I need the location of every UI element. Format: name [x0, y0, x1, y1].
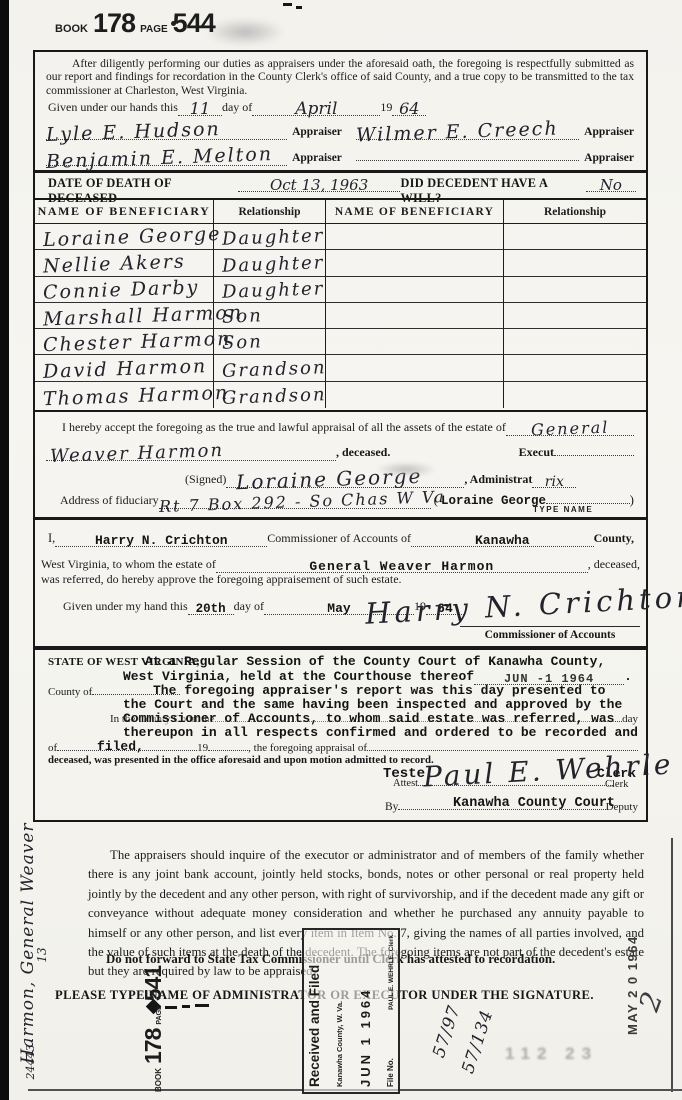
- appraisal-label: , the foregoing appraisal of: [248, 742, 367, 754]
- address-hw: Rt 7 Box 292 - So Chas W Va: [158, 489, 445, 515]
- header-name-right: NAME OF BENEFICIARY: [325, 200, 503, 224]
- deceased-record-line: deceased, was presented in the office af…: [48, 754, 434, 766]
- beneficiary-relationship: Daughter: [213, 250, 325, 276]
- signed-label: (Signed): [185, 472, 226, 487]
- given-prefix: Given under our hands this: [48, 100, 178, 115]
- referred-line: was referred, do hereby approve the fore…: [41, 572, 402, 587]
- empty-cell: [325, 382, 503, 408]
- beneficiary-name: Chester Harmon: [35, 329, 213, 355]
- scan-film-edge: [0, 0, 9, 1100]
- book-label: BOOK: [55, 23, 88, 35]
- received-date: JUN 1 1964: [358, 935, 373, 1087]
- year-prefix: 19: [380, 100, 392, 115]
- acceptance-line1: I hereby accept the foregoing as the tru…: [46, 420, 506, 435]
- page-number: 544: [173, 8, 215, 39]
- book-number: 178: [93, 8, 135, 39]
- header-rel-right: Relationship: [503, 200, 646, 224]
- empty-cell: [503, 355, 646, 381]
- i-label: I,: [48, 531, 55, 546]
- of-label: of: [48, 742, 57, 754]
- header-name-left: NAME OF BENEFICIARY: [35, 200, 213, 224]
- file-no-label: File No.: [386, 1058, 395, 1087]
- death-date-handwritten: Oct 13, 1963: [270, 176, 368, 194]
- received-clerk-line: PAUL E. WEHRLE, Clerk: [388, 935, 395, 1010]
- court-typed-line6: thereupon in all respects confirmed and …: [123, 725, 638, 740]
- appraiser-label-3: Appraiser: [292, 152, 342, 164]
- court-typed-line1: At a Regular Session of the County Court…: [145, 654, 605, 669]
- month-typed: May: [327, 601, 350, 616]
- page-label: PAGE: [140, 24, 168, 35]
- scanned-document-page: BOOK 178 PAGE 544 After diligently perfo…: [0, 0, 682, 1100]
- book-page-541-stamp: BOOK 178 PAGE 541: [140, 962, 176, 1092]
- court-typed-line2: West Virginia, held at the Courthouse th…: [123, 669, 474, 684]
- scan-smudge-signature: [375, 462, 437, 477]
- appraiser-row-2: Benjamin E. Melton Appraiser Appraiser: [46, 146, 634, 166]
- appraiser-row-1: Lyle E. Hudson Appraiser Wilmer E. Creec…: [46, 120, 634, 140]
- year-handwritten: 64: [399, 99, 419, 118]
- execut-label: Execut: [519, 445, 554, 460]
- page-edge-vertical: [671, 838, 673, 1092]
- appraiser-label-2: Appraiser: [584, 126, 634, 138]
- beneficiary-name: Marshall Harmon: [35, 303, 213, 329]
- given-hand-prefix: Given under my hand this: [63, 599, 188, 614]
- appraiser-signature-3: Benjamin E. Melton: [46, 145, 274, 172]
- administrat-label: , Administrat: [464, 472, 532, 487]
- page-number: 541: [140, 966, 167, 1001]
- empty-cell: [503, 382, 646, 408]
- court-record-box: STATE OF WEST VIRGINIA, At a Regular Ses…: [33, 648, 648, 822]
- scan-smudge-top: [205, 18, 285, 46]
- county-label: County,: [594, 531, 634, 546]
- county-of-label: County of: [48, 686, 92, 698]
- court-name-typed: Kanawha County Court: [453, 796, 615, 811]
- beneficiary-name: David Harmon: [35, 355, 213, 381]
- beneficiary-name: Loraine George: [35, 224, 213, 250]
- estate-line-prefix: West Virginia, to whom the estate of: [41, 557, 216, 572]
- court-typed-line3: The foregoing appraiser's report was thi…: [153, 683, 605, 698]
- court-typed-line5: Commissioner of Accounts, to whom said e…: [123, 711, 614, 726]
- book-label: BOOK: [154, 1068, 163, 1092]
- oath-paragraph: After diligently performing our duties a…: [46, 57, 634, 97]
- estate-name-hw-2: Weaver Harmon: [50, 442, 225, 466]
- day-of-label: day of: [222, 100, 252, 115]
- administrat-suffix-hw: rix: [545, 474, 564, 490]
- appraiser-signature-2: Wilmer E. Creech: [356, 119, 559, 145]
- empty-cell: [503, 329, 646, 355]
- beneficiary-relationship: Son: [213, 303, 325, 329]
- empty-cell: [503, 277, 646, 303]
- beneficiary-relationship: Son: [213, 329, 325, 355]
- appraiser-signature-1: Lyle E. Hudson: [46, 120, 221, 145]
- empty-cell: [325, 355, 503, 381]
- type-name-typed: Loraine George: [441, 494, 546, 508]
- received-line1: Received and Filed: [307, 935, 322, 1087]
- empty-cell: [325, 277, 503, 303]
- day-handwritten: 11: [190, 99, 210, 118]
- beneficiary-relationship: Grandson: [213, 382, 325, 408]
- appraiser-label-1: Appraiser: [292, 126, 342, 138]
- empty-cell: [325, 329, 503, 355]
- received-line2: Kanawha County, W. Va.: [335, 935, 344, 1087]
- header-rel-left: Relationship: [213, 200, 325, 224]
- faint-number-stamp: 112 23: [505, 1044, 598, 1064]
- beneficiary-relationship: Daughter: [213, 224, 325, 250]
- scan-mark-top2: [296, 6, 302, 9]
- given-day-of: day of: [234, 599, 264, 614]
- margin-note: 13: [35, 940, 49, 970]
- commissioner-name-typed: Harry N. Crichton: [95, 533, 228, 548]
- commissioner-signature: Harry N. Crichton: [365, 588, 655, 622]
- empty-cell: [325, 303, 503, 329]
- county-typed: Kanawha: [475, 533, 530, 548]
- beneficiary-relationship: Grandson: [213, 355, 325, 381]
- commissioner-of-label: Commissioner of Accounts of: [267, 531, 411, 546]
- may-date-stamp: MAY 2 0 1964: [625, 925, 647, 1035]
- day-typed: 20th: [196, 602, 226, 616]
- commissioner-box: I, Harry N. Crichton Commissioner of Acc…: [33, 518, 648, 648]
- empty-cell: [503, 250, 646, 276]
- empty-cell: [503, 303, 646, 329]
- typed-filed: filed,: [97, 739, 144, 754]
- deceased-label: , deceased.: [336, 445, 390, 460]
- clerk-signature: Paul E. Wehrle: [423, 754, 673, 787]
- line2-period: .: [624, 669, 632, 684]
- page-label: PAGE: [156, 1005, 163, 1024]
- scan-mark-top: [283, 3, 292, 6]
- court-typed-line4: the Court and the same having been inspe…: [123, 697, 622, 712]
- beneficiary-name: Thomas Harmon: [35, 382, 213, 408]
- margin-number: 24443: [24, 1032, 38, 1092]
- estate-deceased-label: , deceased,: [588, 557, 640, 572]
- paren-close: ): [630, 492, 634, 508]
- month-handwritten: April: [295, 99, 337, 119]
- beneficiary-name: Connie Darby: [35, 277, 213, 303]
- commissioner-signature-label: Commissioner of Accounts: [460, 626, 640, 641]
- book-number: 178: [140, 1029, 167, 1064]
- will-answer-handwritten: No: [600, 176, 622, 194]
- year-label: 19: [197, 742, 208, 754]
- oath-section-box: After diligently performing our duties a…: [33, 50, 648, 172]
- address-label: Address of fiduciary: [60, 493, 159, 508]
- day-label: day: [622, 713, 638, 725]
- beneficiary-table: NAME OF BENEFICIARY Relationship NAME OF…: [33, 198, 648, 412]
- empty-cell: [325, 250, 503, 276]
- beneficiary-relationship: Daughter: [213, 277, 325, 303]
- given-hands-line: Given under our hands this 11 day of Apr…: [48, 98, 478, 116]
- empty-cell: [503, 224, 646, 250]
- empty-cell: [325, 224, 503, 250]
- appraiser-label-4: Appraiser: [584, 152, 634, 164]
- beneficiary-name: Nellie Akers: [35, 250, 213, 276]
- estate-name-hw-1: General: [530, 420, 609, 439]
- acceptance-box: I hereby accept the foregoing as the tru…: [33, 410, 648, 519]
- type-name-label: TYPE NAME: [533, 505, 593, 514]
- death-row-box: DATE OF DEATH OF DECEASED Oct 13, 1963 D…: [33, 171, 648, 200]
- book-page-header: BOOK 178 PAGE 544: [55, 8, 215, 39]
- received-filed-stamp: Received and Filed Kanawha County, W. Va…: [302, 928, 400, 1094]
- by-label: By: [385, 801, 398, 813]
